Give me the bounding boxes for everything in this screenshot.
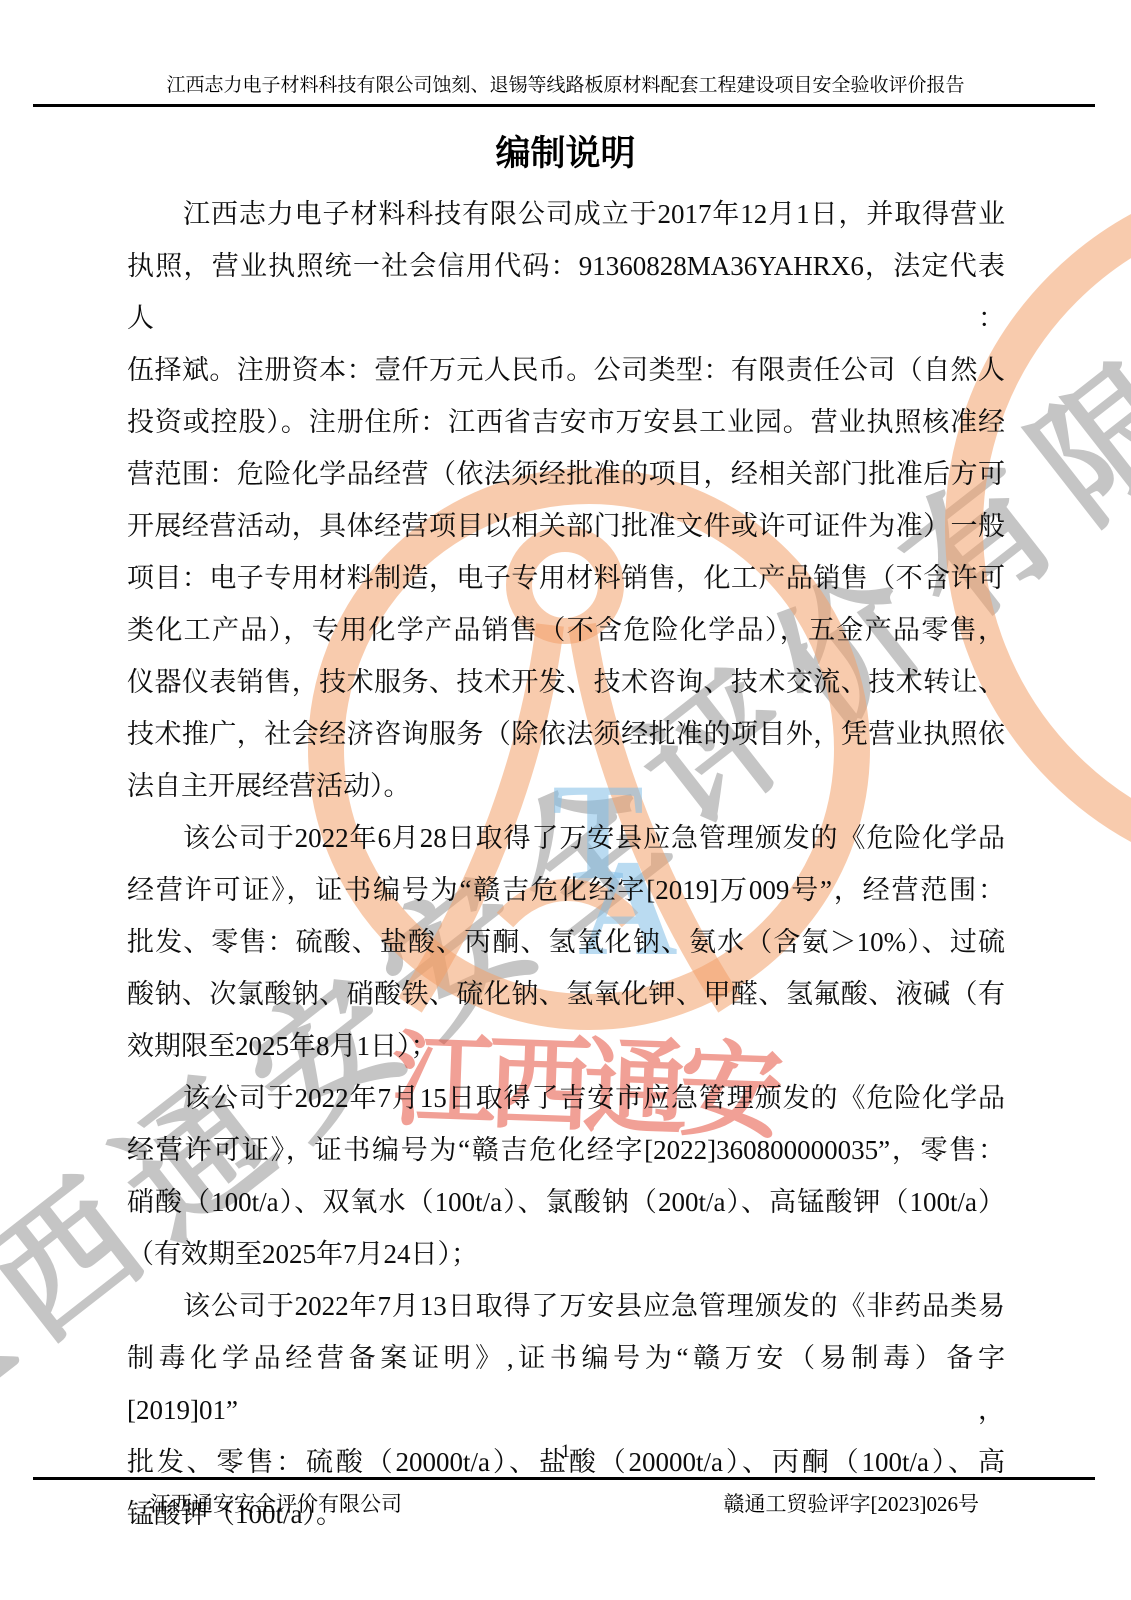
header-divider bbox=[33, 104, 1095, 107]
footer-company: 江西通安安全评价有限公司 bbox=[150, 1488, 402, 1518]
body-line: 法自主开展经营活动）。 bbox=[127, 760, 1005, 812]
body-line: 营范围：危险化学品经营（依法须经批准的项目，经相关部门批准后方可 bbox=[127, 448, 1005, 500]
footer-row: 江西通安安全评价有限公司 赣通工贸验评字[2023]026号 bbox=[150, 1488, 979, 1518]
body-line: 仪器仪表销售，技术服务、技术开发、技术咨询、技术交流、技术转让、 bbox=[127, 656, 1005, 708]
body-line: 技术推广，社会经济咨询服务（除依法须经批准的项目外，凭营业执照依 bbox=[127, 708, 1005, 760]
body-line: （有效期至2025年7月24日）； bbox=[127, 1228, 1005, 1280]
body-line: 该公司于2022年7月13日取得了万安县应急管理颁发的《非药品类易 bbox=[127, 1280, 1005, 1332]
body-line: 经营许可证》，证书编号为“赣吉危化经字[2022]360800000035”，零… bbox=[127, 1124, 1005, 1176]
body-line: 效期限至2025年8月1日）； bbox=[127, 1020, 1005, 1072]
body-line: 批发、零售：硫酸、盐酸、丙酮、氢氧化钠、氨水（含氨＞10%）、过硫 bbox=[127, 916, 1005, 968]
footer-divider bbox=[33, 1477, 1095, 1480]
body-line: 该公司于2022年6月28日取得了万安县应急管理颁发的《危险化学品 bbox=[127, 812, 1005, 864]
document-content: 江西志力电子材料科技有限公司蚀刻、退锡等线路板原材料配套工程建设项目安全验收评价… bbox=[0, 0, 1131, 1600]
body-line: 开展经营活动，具体经营项目以相关部门批准文件或许可证件为准）一般 bbox=[127, 500, 1005, 552]
body-line: 伍择斌。注册资本：壹仟万元人民币。公司类型：有限责任公司（自然人 bbox=[127, 344, 1005, 396]
body-paragraph: 江西志力电子材料科技有限公司成立于2017年12月1日，并取得营业执照，营业执照… bbox=[127, 188, 1005, 812]
body-line: 酸钠、次氯酸钠、硝酸铁、硫化钠、氢氧化钾、甲醛、氢氟酸、液碱（有 bbox=[127, 968, 1005, 1020]
body-paragraph: 该公司于2022年6月28日取得了万安县应急管理颁发的《危险化学品经营许可证》，… bbox=[127, 812, 1005, 1072]
body-line: 类化工产品），专用化学产品销售（不含危险化学品），五金产品零售， bbox=[127, 604, 1005, 656]
body-line: 执照，营业执照统一社会信用代码：91360828MA36YAHRX6，法定代表人… bbox=[127, 240, 1005, 344]
body-line: 江西志力电子材料科技有限公司成立于2017年12月1日，并取得营业 bbox=[127, 188, 1005, 240]
body-line: 项目：电子专用材料制造，电子专用材料销售，化工产品销售（不含许可 bbox=[127, 552, 1005, 604]
body-text: 江西志力电子材料科技有限公司成立于2017年12月1日，并取得营业执照，营业执照… bbox=[127, 188, 1005, 1540]
body-paragraph: 该公司于2022年7月15日取得了吉安市应急管理颁发的《危险化学品经营许可证》，… bbox=[127, 1072, 1005, 1280]
body-line: 投资或控股）。注册住所：江西省吉安市万安县工业园。营业执照核准经 bbox=[127, 396, 1005, 448]
page-title: 编制说明 bbox=[0, 126, 1131, 176]
report-page: 江西通安安全评价有限公司 T A 江西通安 江西志力电子材料科技有限公司蚀刻、退… bbox=[0, 0, 1131, 1600]
body-line: 经营许可证》，证书编号为“赣吉危化经字[2019]万009号”，经营范围： bbox=[127, 864, 1005, 916]
body-line: 制毒化学品经营备案证明》,证书编号为“赣万安（易制毒）备字[2019]01”， bbox=[127, 1332, 1005, 1436]
footer-doc-number: 赣通工贸验评字[2023]026号 bbox=[724, 1488, 980, 1518]
page-number: 1 bbox=[0, 1441, 1131, 1463]
body-line: 硝酸（100t/a）、双氧水（100t/a）、氯酸钠（200t/a）、高锰酸钾（… bbox=[127, 1176, 1005, 1228]
body-line: 该公司于2022年7月15日取得了吉安市应急管理颁发的《危险化学品 bbox=[127, 1072, 1005, 1124]
running-header-title: 江西志力电子材料科技有限公司蚀刻、退锡等线路板原材料配套工程建设项目安全验收评价… bbox=[0, 70, 1131, 97]
